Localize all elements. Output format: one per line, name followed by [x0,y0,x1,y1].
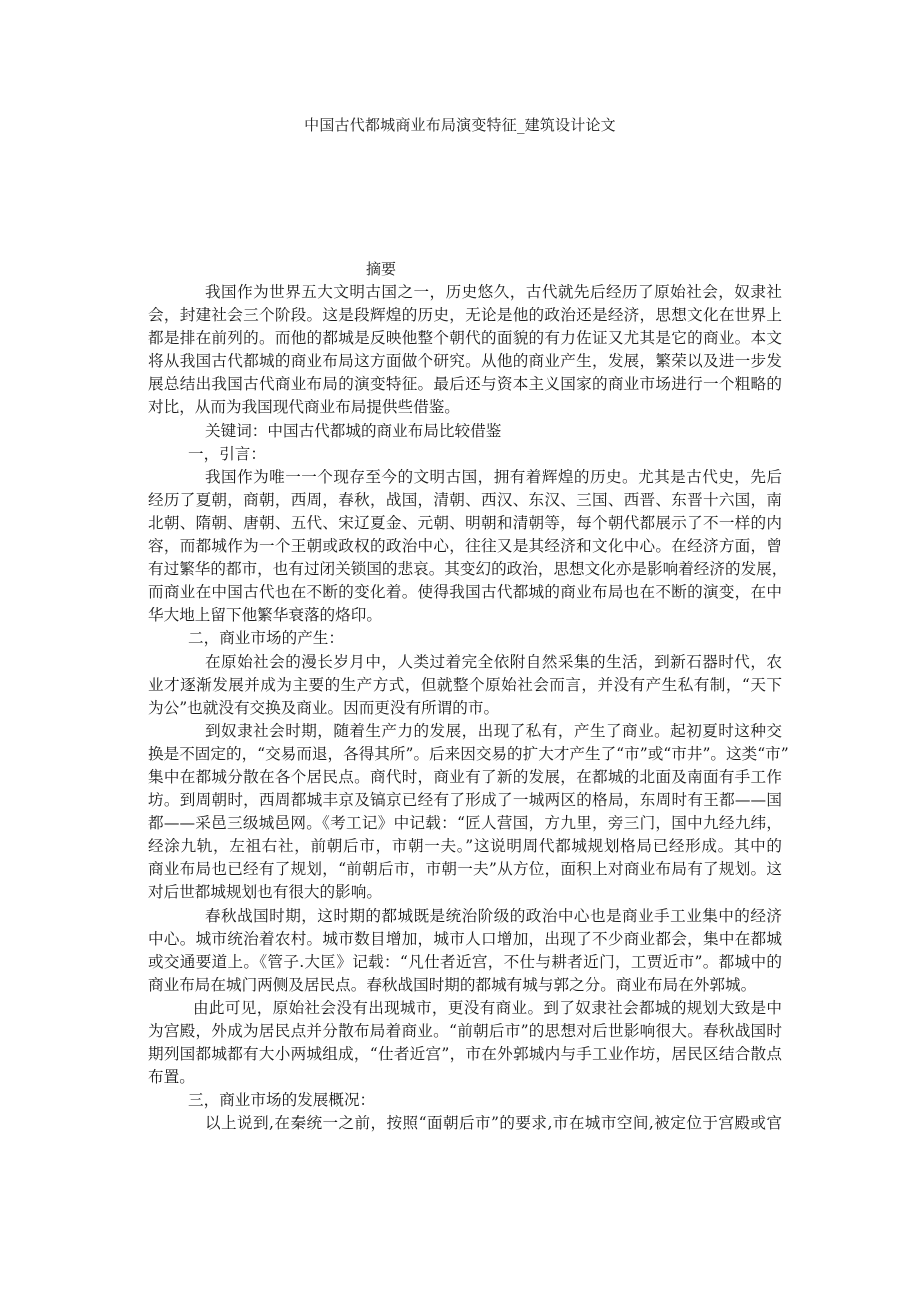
text-line: 我国作为世界五大文明古国之一，历史悠久，古代就先后经历了原始社会，奴隶社 [148,281,782,304]
document-body: 我国作为世界五大文明古国之一，历史悠久，古代就先后经历了原始社会，奴隶社会，封建… [148,281,782,1135]
text-line: 而商业在中国古代也在不断的变化着。使得我国古代都城的商业布局也在不断的演变，在中 [148,581,782,604]
text-line: 中心。城市统治着农村。城市数目增加，城市人口增加，出现了不少商业都会，集中在都城 [148,928,782,951]
text-line: 对比，从而为我国现代商业布局提供些借鉴。 [148,396,782,419]
text-line: 为宫殿，外成为居民点并分散布局着商业。“前朝后市”的思想对后世影响很大。春秋战国… [148,1020,782,1043]
text-line: 或交通要道上。《管子.大匡》记载：“凡仕者近宫，不仕与耕者近门，工贾近市”。都城… [148,951,782,974]
text-line: 到奴隶社会时期，随着生产力的发展，出现了私有，产生了商业。起初夏时这种交 [148,720,782,743]
text-line: 都——采邑三级城邑网。《考工记》中记载：“匠人营国，方九里，旁三门，国中九经九纬… [148,812,782,835]
text-line: 期列国都城都有大小两城组成，“仕者近宫”，市在外郭城内与手工业作坊，居民区结合散… [148,1043,782,1066]
text-line: 在原始社会的漫长岁月中，人类过着完全依附自然采集的生活，到新石器时代，农 [148,651,782,674]
text-line: 经历了夏朝，商朝，西周，春秋，战国，清朝、西汉、东汉、三国、西晋、东晋十六国，南 [148,489,782,512]
text-line: 由此可见，原始社会没有出现城市，更没有商业。到了奴隶社会都城的规划大致是中 [148,997,782,1020]
text-line: 将从我国古代都城的商业布局这方面做个研究。从他的商业产生，发展，繁荣以及进一步发 [148,350,782,373]
text-line: 会，封建社会三个阶段。这是段辉煌的历史，无论是他的政治还是经济，思想文化在世界上 [148,304,782,327]
text-line: 华大地上留下他繁华衰落的烙印。 [148,604,782,627]
text-line: 商业布局也已经有了规划，“前朝后市，市朝一夫”从方位，面积上对商业布局有了规划。… [148,858,782,881]
text-line: 集中在都城分散在各个居民点。商代时，商业有了新的发展，在都城的北面及南面有手工作 [148,766,782,789]
text-line: 三，商业市场的发展概况： [148,1089,782,1112]
text-line: 换是不固定的，“交易而退，各得其所”。后来因交易的扩大才产生了“市”或“市井”。… [148,743,782,766]
text-line: 有过繁华的都市，也有过闭关锁国的悲哀。其变幻的政治，思想文化亦是影响着经济的发展… [148,558,782,581]
text-line: 展总结出我国古代商业布局的演变特征。最后还与资本主义国家的商业市场进行一个粗略的 [148,373,782,396]
text-line: 我国作为唯一一个现存至今的文明古国，拥有着辉煌的历史。尤其是古代史，先后 [148,466,782,489]
text-line: 北朝、隋朝、唐朝、五代、宋辽夏金、元朝、明朝和清朝等，每个朝代都展示了不一样的内 [148,512,782,535]
document-title: 中国古代都城商业布局演变特征_建筑设计论文 [0,114,920,135]
text-line: 春秋战国时期，这时期的都城既是统治阶级的政治中心也是商业手工业集中的经济 [148,905,782,928]
text-line: 经涂九轨，左祖右社，前朝后市，市朝一夫。”这说明周代都城规划格局已经形成。其中的 [148,835,782,858]
text-line: 布置。 [148,1066,782,1089]
text-line: 都是排在前列的。而他的都城是反映他整个朝代的面貌的有力佐证又尤其是它的商业。本文 [148,327,782,350]
text-line: 为公”也就没有交换及商业。因而更没有所谓的市。 [148,697,782,720]
text-line: 坊。到周朝时，西周都城丰京及镐京已经有了形成了一城两区的格局，东周时有王都——国 [148,789,782,812]
text-line: 以上说到,在秦统一之前，按照“面朝后市”的要求,市在城市空间,被定位于宫殿或官 [148,1112,782,1135]
text-line: 对后世都城规划也有很大的影响。 [148,881,782,904]
text-line: 关键词：中国古代都城的商业布局比较借鉴 [148,420,782,443]
document-page: 中国古代都城商业布局演变特征_建筑设计论文 摘要 我国作为世界五大文明古国之一，… [0,0,920,1302]
text-line: 商业布局在城门两侧及居民点。春秋战国时期的都城有城与郭之分。商业布局在外郭城。 [148,974,782,997]
text-line: 容，而都城作为一个王朝或政权的政治中心，往往又是其经济和文化中心。在经济方面，曾 [148,535,782,558]
abstract-heading: 摘要 [366,258,396,279]
text-line: 二，商业市场的产生： [148,627,782,650]
text-line: 业才逐渐发展并成为主要的生产方式，但就整个原始社会而言，并没有产生私有制，“天下 [148,674,782,697]
text-line: 一，引言： [148,443,782,466]
